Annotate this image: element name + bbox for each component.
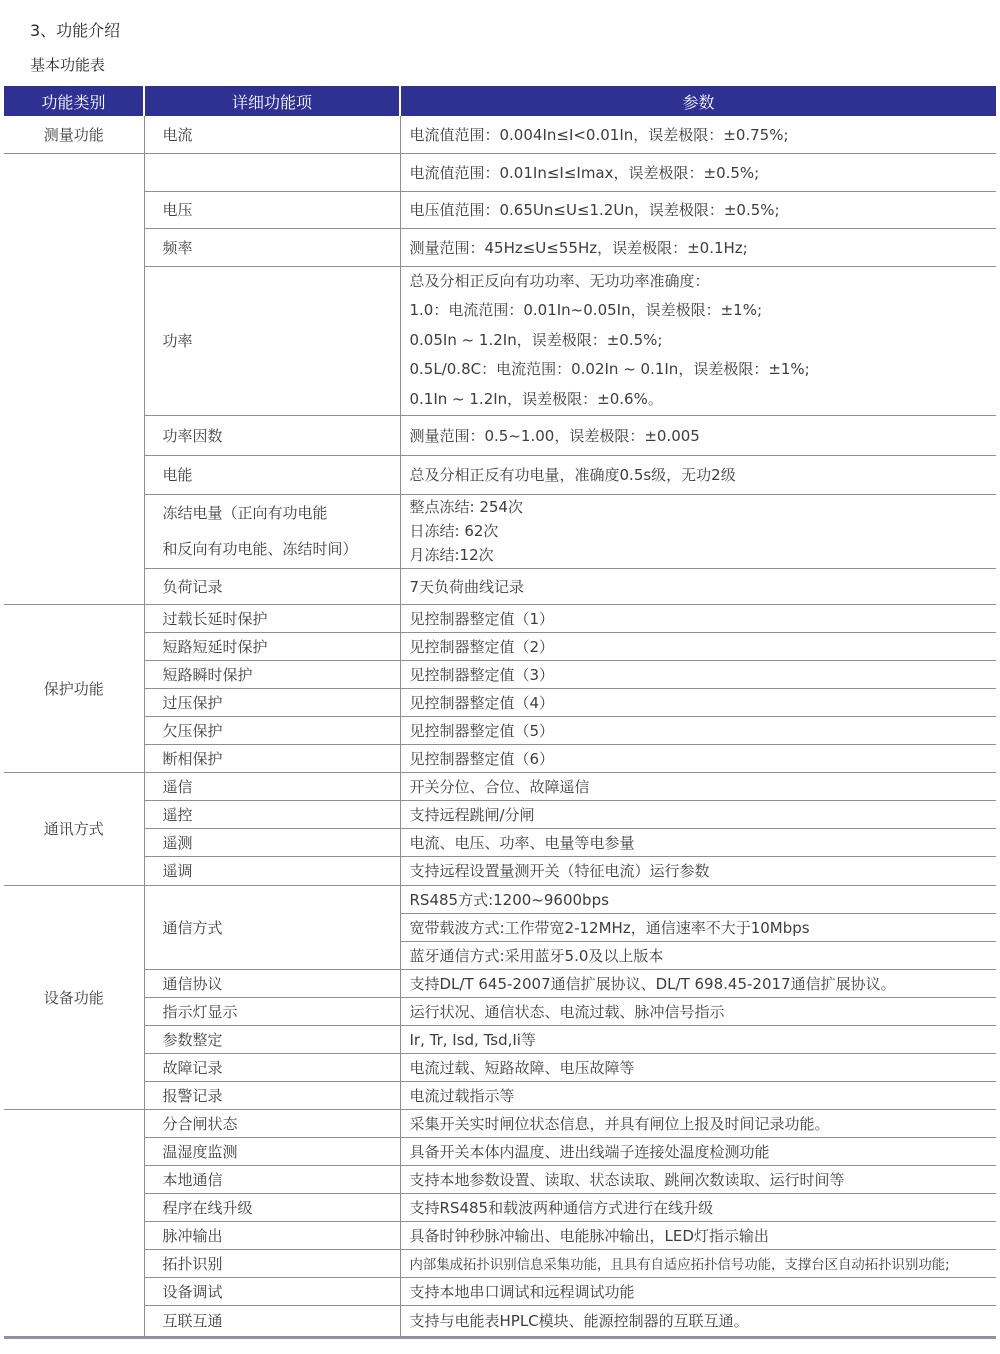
cell-item: 频率 [144,228,400,266]
cell-parameter: 支持远程跳闸/分闸 [400,800,996,828]
cell-item [144,153,400,191]
cell-parameter: 总及分相正反有功电量，准确度0.5s级，无功2级 [400,455,996,494]
cell-item: 负荷记录 [144,568,400,604]
cell-item: 遥控 [144,800,400,828]
table-row: 分合闸状态采集开关实时闸位状态信息，并具有闸位上报及时间记录功能。 [4,1109,996,1137]
cell-item: 电能 [144,455,400,494]
cell-parameter: 宽带载波方式:工作带宽2-12MHz，通信速率不大于10Mbps [400,913,996,941]
cell-parameter: 电流过载、短路故障、电压故障等 [400,1053,996,1081]
cell-item: 电压 [144,191,400,228]
table-row: 本地通信支持本地参数设置、读取、状态读取、跳闸次数读取、运行时间等 [4,1165,996,1193]
cell-item: 短路短延时保护 [144,632,400,660]
cell-item-line: 冻结电量（正向有功电能 [163,495,400,531]
cell-item: 功率因数 [144,415,400,455]
cell-item: 温湿度监测 [144,1137,400,1165]
table-row: 电能总及分相正反有功电量，准确度0.5s级，无功2级 [4,455,996,494]
table-header-row: 功能类别 详细功能项 参数 [4,86,996,116]
cell-category [4,1109,144,1336]
cell-parameter: 见控制器整定值（6） [400,744,996,772]
cell-parameter: 具备开关本体内温度、进出线端子连接处温度检测功能 [400,1137,996,1165]
cell-parameter: RS485方式:1200~9600bps [400,885,996,913]
table-row: 通讯方式遥信开关分位、合位、故障遥信 [4,772,996,800]
cell-parameter: 见控制器整定值（4） [400,688,996,716]
table-row: 过压保护见控制器整定值（4） [4,688,996,716]
column-header-parameter: 参数 [400,86,996,116]
cell-item: 设备调试 [144,1277,400,1305]
table-row: 故障记录电流过载、短路故障、电压故障等 [4,1053,996,1081]
table-row: 设备调试支持本地串口调试和远程调试功能 [4,1277,996,1305]
table-row: 指示灯显示运行状况、通信状态、电流过载、脉冲信号指示 [4,997,996,1025]
table-row: 遥调支持远程设置量测开关（特征电流）运行参数 [4,856,996,885]
cell-item: 分合闸状态 [144,1109,400,1137]
table-header: 功能类别 详细功能项 参数 [4,86,996,116]
cell-parameter: 见控制器整定值（2） [400,632,996,660]
cell-parameter: 具备时钟秒脉冲输出、电能脉冲输出，LED灯指示输出 [400,1221,996,1249]
cell-parameter: 7天负荷曲线记录 [400,568,996,604]
cell-item: 冻结电量（正向有功电能和反向有功电能、冻结时间） [144,494,400,568]
cell-parameter: 蓝牙通信方式:采用蓝牙5.0及以上版本 [400,941,996,969]
cell-parameter: 开关分位、合位、故障遥信 [400,772,996,800]
cell-parameter-line: 0.5L/0.8C：电流范围：0.02In ~ 0.1In，误差极限：±1%; [410,355,993,384]
cell-parameter: 电压值范围：0.65Un≤U≤1.2Un，误差极限：±0.5%; [400,191,996,228]
cell-parameter: 测量范围：45Hz≤U≤55Hz，误差极限：±0.1Hz; [400,228,996,266]
cell-item: 通信方式 [144,885,400,969]
table-row: 温湿度监测具备开关本体内温度、进出线端子连接处温度检测功能 [4,1137,996,1165]
cell-item: 遥信 [144,772,400,800]
cell-category: 设备功能 [4,885,144,1109]
cell-item-line: 和反向有功电能、冻结时间） [163,531,400,567]
cell-parameter: 电流值范围：0.01In≤I≤Imax，误差极限：±0.5%; [400,153,996,191]
cell-item: 拓扑识别 [144,1249,400,1277]
cell-parameter: 内部集成拓扑识别信息采集功能，且具有自适应拓扑信号功能，支撑台区自动拓扑识别功能… [400,1249,996,1277]
cell-item: 遥测 [144,828,400,856]
cell-parameter: 支持本地参数设置、读取、状态读取、跳闸次数读取、运行时间等 [400,1165,996,1193]
table-subtitle: 基本功能表 [30,54,105,75]
cell-item: 参数整定 [144,1025,400,1053]
cell-item: 功率 [144,266,400,415]
table-row: 程序在线升级支持RS485和载波两种通信方式进行在线升级 [4,1193,996,1221]
cell-parameter: 电流值范围：0.004In≤I<0.01In，误差极限：±0.75%; [400,116,996,153]
table-body: 测量功能电流电流值范围：0.004In≤I<0.01In，误差极限：±0.75%… [4,116,996,1336]
cell-parameter: 见控制器整定值（5） [400,716,996,744]
table-row: 设备功能通信方式RS485方式:1200~9600bps [4,885,996,913]
table-row: 负荷记录7天负荷曲线记录 [4,568,996,604]
table-row: 冻结电量（正向有功电能和反向有功电能、冻结时间）整点冻结: 254次日冻结: 6… [4,494,996,568]
table-row: 短路短延时保护见控制器整定值（2） [4,632,996,660]
cell-parameter: 整点冻结: 254次日冻结: 62次月冻结:12次 [400,494,996,568]
cell-category: 保护功能 [4,604,144,772]
column-header-category: 功能类别 [4,86,144,116]
cell-parameter: 见控制器整定值（3） [400,660,996,688]
cell-parameter: 总及分相正反向有功功率、无功功率准确度：1.0：电流范围：0.01In~0.05… [400,266,996,415]
cell-parameter: 电流、电压、功率、电量等电参量 [400,828,996,856]
table-row: 功率因数测量范围：0.5~1.00，误差极限：±0.005 [4,415,996,455]
cell-parameter: 运行状况、通信状态、电流过载、脉冲信号指示 [400,997,996,1025]
table-row: 保护功能过载长延时保护见控制器整定值（1） [4,604,996,632]
cell-item: 过载长延时保护 [144,604,400,632]
cell-item: 短路瞬时保护 [144,660,400,688]
cell-item: 通信协议 [144,969,400,997]
table-row: 拓扑识别内部集成拓扑识别信息采集功能，且具有自适应拓扑信号功能，支撑台区自动拓扑… [4,1249,996,1277]
cell-item: 脉冲输出 [144,1221,400,1249]
cell-parameter: 测量范围：0.5~1.00，误差极限：±0.005 [400,415,996,455]
table-row: 欠压保护见控制器整定值（5） [4,716,996,744]
cell-parameter: 支持本地串口调试和远程调试功能 [400,1277,996,1305]
table-row: 电流值范围：0.01In≤I≤Imax，误差极限：±0.5%; [4,153,996,191]
cell-item: 断相保护 [144,744,400,772]
cell-item: 互联互通 [144,1305,400,1336]
basic-function-table-wrap: 功能类别 详细功能项 参数 测量功能电流电流值范围：0.004In≤I<0.01… [4,86,996,1339]
table-row: 参数整定Ir, Tr, Isd, Tsd,Ii等 [4,1025,996,1053]
cell-item: 遥调 [144,856,400,885]
column-header-item: 详细功能项 [144,86,400,116]
table-row: 断相保护见控制器整定值（6） [4,744,996,772]
table-row: 互联互通支持与电能表HPLC模块、能源控制器的互联互通。 [4,1305,996,1336]
table-row: 通信协议支持DL/T 645-2007通信扩展协议、DL/T 698.45-20… [4,969,996,997]
cell-parameter: 支持与电能表HPLC模块、能源控制器的互联互通。 [400,1305,996,1336]
cell-item: 过压保护 [144,688,400,716]
table-row: 频率测量范围：45Hz≤U≤55Hz，误差极限：±0.1Hz; [4,228,996,266]
cell-item: 本地通信 [144,1165,400,1193]
cell-parameter: 支持RS485和载波两种通信方式进行在线升级 [400,1193,996,1221]
cell-item: 报警记录 [144,1081,400,1109]
cell-parameter: Ir, Tr, Isd, Tsd,Ii等 [400,1025,996,1053]
table-row: 测量功能电流电流值范围：0.004In≤I<0.01In，误差极限：±0.75%… [4,116,996,153]
cell-parameter-line: 日冻结: 62次 [410,519,993,543]
table-row: 遥控支持远程跳闸/分闸 [4,800,996,828]
cell-item: 程序在线升级 [144,1193,400,1221]
table-row: 遥测电流、电压、功率、电量等电参量 [4,828,996,856]
basic-function-table: 功能类别 详细功能项 参数 测量功能电流电流值范围：0.004In≤I<0.01… [4,86,996,1337]
cell-item: 故障记录 [144,1053,400,1081]
cell-parameter: 支持DL/T 645-2007通信扩展协议、DL/T 698.45-2017通信… [400,969,996,997]
cell-parameter: 采集开关实时闸位状态信息，并具有闸位上报及时间记录功能。 [400,1109,996,1137]
cell-category: 测量功能 [4,116,144,153]
cell-parameter-line: 月冻结:12次 [410,543,993,567]
cell-parameter-line: 0.1In ~ 1.2In，误差极限：±0.6%。 [410,385,993,414]
cell-parameter-line: 1.0：电流范围：0.01In~0.05In，误差极限：±1%; [410,296,993,325]
table-row: 脉冲输出具备时钟秒脉冲输出、电能脉冲输出，LED灯指示输出 [4,1221,996,1249]
cell-parameter: 见控制器整定值（1） [400,604,996,632]
cell-parameter-line: 整点冻结: 254次 [410,495,993,519]
cell-category: 通讯方式 [4,772,144,885]
cell-item: 电流 [144,116,400,153]
cell-parameter-line: 总及分相正反向有功功率、无功功率准确度： [410,267,993,296]
cell-parameter-line: 0.05In ~ 1.2In，误差极限：±0.5%; [410,326,993,355]
cell-category [4,153,144,604]
table-row: 短路瞬时保护见控制器整定值（3） [4,660,996,688]
table-row: 功率总及分相正反向有功功率、无功功率准确度：1.0：电流范围：0.01In~0.… [4,266,996,415]
table-row: 报警记录电流过载指示等 [4,1081,996,1109]
cell-parameter: 电流过载指示等 [400,1081,996,1109]
cell-item: 指示灯显示 [144,997,400,1025]
cell-item: 欠压保护 [144,716,400,744]
cell-parameter: 支持远程设置量测开关（特征电流）运行参数 [400,856,996,885]
page-title: 3、功能介绍 [30,18,120,41]
table-row: 电压电压值范围：0.65Un≤U≤1.2Un，误差极限：±0.5%; [4,191,996,228]
